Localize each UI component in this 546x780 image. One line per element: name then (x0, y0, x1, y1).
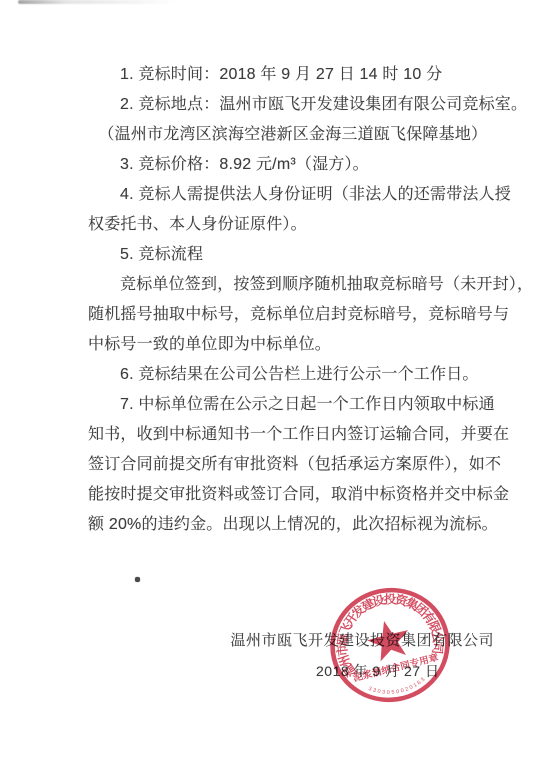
text-line: 2. 竞标地点：温州市瓯飞开发建设集团有限公司竞标室。 (88, 90, 518, 120)
text-line: 7. 中标单位需在公示之日起一个工作日内领取中标通 (88, 390, 518, 420)
document-body: 1. 竞标时间：2018 年 9 月 27 日 14 时 10 分2. 竞标地点… (88, 60, 518, 540)
text-line: 权委托书、本人身份证原件）。 (88, 210, 518, 240)
text-line: 中标号一致的单位即为中标单位。 (88, 330, 518, 360)
scan-artifact-top (18, 0, 178, 4)
text-line: 能按时提交审批资料或签订合同，取消中标资格并交中标金 (88, 480, 518, 510)
text-line: 知书，收到中标通知书一个工作日内签订运输合同，并要在 (88, 420, 518, 450)
document-page: 1. 竞标时间：2018 年 9 月 27 日 14 时 10 分2. 竞标地点… (0, 0, 546, 780)
text-line: （温州市龙湾区滨海空港新区金海三道瓯飞保障基地） (88, 120, 518, 150)
text-line: 3. 竞标价格：8.92 元/m³（湿方）。 (88, 150, 518, 180)
text-line: 4. 竞标人需提供法人身份证明（非法人的还需带法人授 (88, 180, 518, 210)
signature-company: 温州市瓯飞开发建设投资集团有限公司 (230, 629, 494, 650)
text-line: 随机摇号抽取中标号，竞标单位启封竞标暗号，竞标暗号与 (88, 300, 518, 330)
text-line: 竞标单位签到，按签到顺序随机抽取竞标暗号（未开封）， (88, 270, 518, 300)
text-line: 额 20%的违约金。出现以上情况的，此次招标视为流标。 (88, 510, 518, 540)
text-line: 5. 竞标流程 (88, 240, 518, 270)
signature-date: 2018 年 9 月 27 日 (316, 661, 426, 681)
text-line: 签订合同前提交所有审批资料（包括承运方案原件），如不 (88, 450, 518, 480)
text-line: 6. 竞标结果在公司公告栏上进行公示一个工作日。 (88, 360, 518, 390)
text-line: 1. 竞标时间：2018 年 9 月 27 日 14 时 10 分 (88, 60, 518, 90)
scan-artifact-dot (135, 577, 140, 582)
